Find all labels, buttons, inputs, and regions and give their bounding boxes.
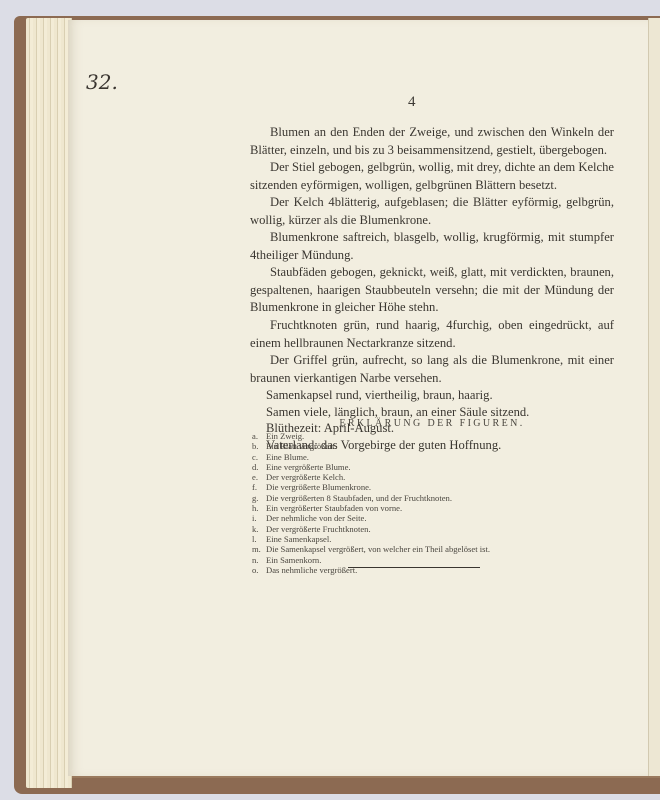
legend-item: h.Ein vergrößerter Staubfaden von vorne. [252, 503, 490, 513]
legend-item: g.Die vergrößerten 8 Staubfaden, und der… [252, 493, 490, 503]
page-number: 4 [408, 94, 416, 111]
legend-item: c.Eine Blume. [252, 452, 490, 462]
legend-item: d.Eine vergrößerte Blume. [252, 462, 490, 472]
legend-item: n.Ein Samenkorn. [252, 555, 490, 565]
book-page: 32. 4 Blumen an den Enden der Zweige, un… [68, 20, 648, 776]
legend-item: i.Der nehmliche von der Seite. [252, 513, 490, 523]
legend-item: a.Ein Zweig. [252, 431, 490, 441]
facing-page-edge [648, 18, 660, 776]
page-stack-edge [26, 18, 72, 788]
paragraph: Der Kelch 4blätterig, aufgeblasen; die B… [250, 194, 614, 229]
paragraph: Blumen an den Enden der Zweige, und zwis… [250, 124, 614, 159]
end-rule [348, 567, 480, 568]
paragraph: Fruchtknoten grün, rund haarig, 4furchig… [250, 317, 614, 352]
legend-item: b.Ein Blatt vergrößert. [252, 441, 490, 451]
legend-item: l.Eine Samenkapsel. [252, 534, 490, 544]
legend-item: k.Der vergrößerte Fruchtknoten. [252, 524, 490, 534]
figures-heading: ERKLÄRUNG DER FIGUREN. [250, 418, 614, 429]
legend-item: e.Der vergrößerte Kelch. [252, 472, 490, 482]
legend-item: f.Die vergrößerte Blumenkrone. [252, 482, 490, 492]
paragraph: Der Griffel grün, aufrecht, so lang als … [250, 352, 614, 387]
paragraph: Staubfäden gebogen, geknickt, weiß, glat… [250, 264, 614, 317]
short-line: Samenkapsel rund, viertheilig, braun, ha… [266, 387, 493, 403]
paragraph: Blumenkrone saftreich, blasgelb, wollig,… [250, 229, 614, 264]
figures-legend: a.Ein Zweig. b.Ein Blatt vergrößert. c.E… [252, 431, 490, 575]
handwritten-folio: 32. [86, 70, 118, 94]
paragraph: Der Stiel gebogen, gelbgrün, wollig, mit… [250, 159, 614, 194]
legend-item: m.Die Samenkapsel vergrößert, von welche… [252, 544, 490, 554]
